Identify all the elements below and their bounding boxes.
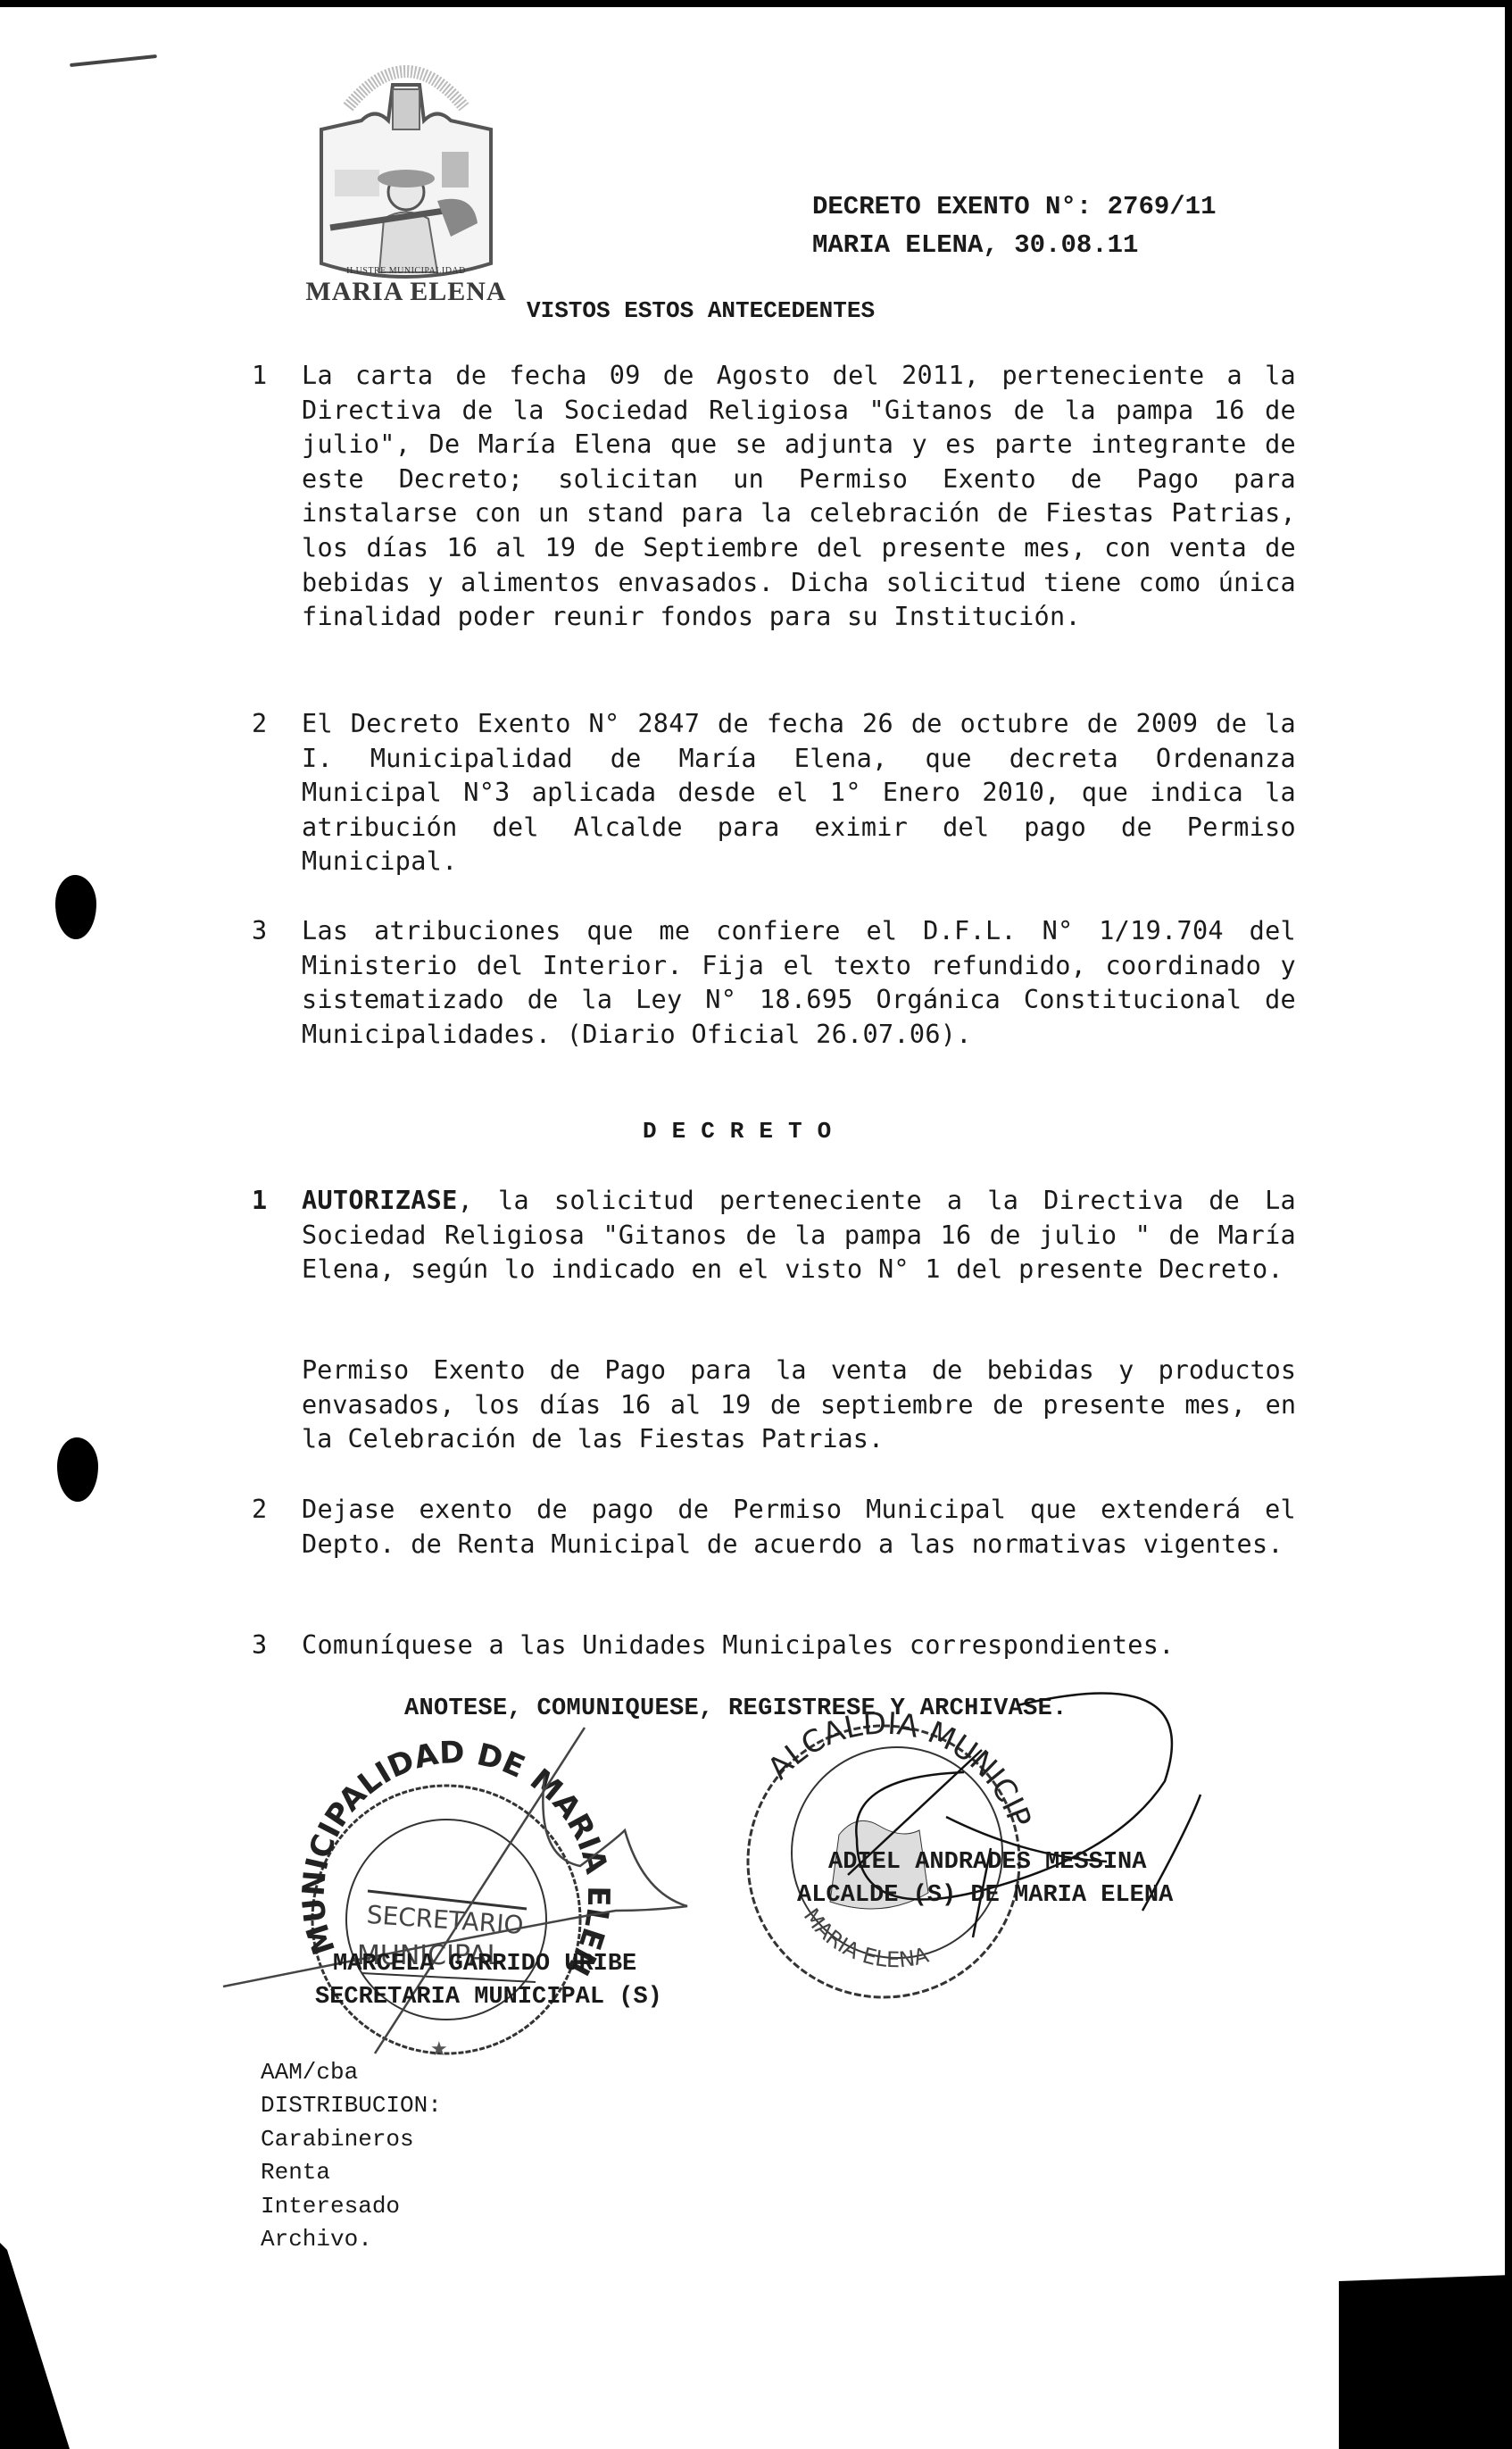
distribution-list: DISTRIBUCION: Carabineros Renta Interesa… — [261, 2089, 442, 2257]
visto-item: 3 Las atribuciones que me confiere el D.… — [252, 914, 1296, 1052]
decreto-text: Comuníquese a las Unidades Municipales c… — [302, 1629, 1296, 1663]
visto-text: Las atribuciones que me confiere el D.F.… — [302, 914, 1296, 1052]
closing-formula: ANOTESE, COMUNIQUESE, REGISTRESE Y ARCHI… — [404, 1695, 1068, 1722]
punch-hole — [57, 1437, 98, 1502]
visto-item: 2 El Decreto Exento N° 2847 de fecha 26 … — [252, 707, 1296, 879]
distribution-item: Archivo. — [261, 2223, 442, 2257]
decreto-number: 2 — [252, 1493, 287, 1528]
secretary-name: MARCELA GARRIDO URIBE — [333, 1951, 636, 1978]
vistos-title: VISTOS ESTOS ANTECEDENTES — [527, 297, 875, 324]
mayor-name: ADIEL ANDRADES MESSINA — [828, 1849, 1146, 1876]
mayor-role: ALCALDE (S) DE MARIA ELENA — [797, 1882, 1173, 1909]
decreto-text: AUTORIZASE, la solicitud perteneciente a… — [302, 1184, 1296, 1287]
decree-number: DECRETO EXENTO N°: 2769/11 — [812, 192, 1216, 221]
svg-text:MARIA ELENA: MARIA ELENA — [799, 1903, 932, 1972]
distribution-item: Renta — [261, 2156, 442, 2190]
decreto-text: Dejase exento de pago de Permiso Municip… — [302, 1493, 1296, 1562]
punch-hole — [55, 875, 96, 939]
decreto-bold-lead: AUTORIZASE — [302, 1186, 458, 1215]
typist-initials: AAM/cba — [261, 2056, 358, 2089]
decreto-title: DECRETO — [643, 1118, 846, 1145]
decreto-item: 2 Dejase exento de pago de Permiso Munic… — [252, 1493, 1296, 1562]
distribution-item: Interesado — [261, 2190, 442, 2224]
decreto-item: 1 AUTORIZASE, la solicitud perteneciente… — [252, 1184, 1296, 1287]
decreto-number: 3 — [252, 1629, 287, 1663]
secretary-role: SECRETARIA MUNICIPAL (S) — [315, 1984, 662, 2011]
visto-item: 1 La carta de fecha 09 de Agosto del 201… — [252, 359, 1296, 635]
distribution-label: DISTRIBUCION: — [261, 2089, 442, 2123]
visto-number: 3 — [252, 914, 287, 949]
decreto-item: 3 Comuníquese a las Unidades Municipales… — [252, 1629, 1296, 1663]
visto-number: 2 — [252, 707, 287, 742]
secretary-stamp — [312, 1786, 580, 2053]
scan-top-edge — [0, 0, 1512, 7]
distribution-item: Carabineros — [261, 2123, 442, 2157]
star-icon: ★ — [430, 2038, 448, 2061]
stray-pen-mark — [70, 54, 157, 67]
visto-text: La carta de fecha 09 de Agosto del 2011,… — [302, 359, 1296, 635]
decreto-number: 1 — [252, 1184, 287, 1219]
visto-number: 1 — [252, 359, 287, 394]
decreto-extra-paragraph: Permiso Exento de Pago para la venta de … — [302, 1354, 1296, 1457]
decree-place-date: MARIA ELENA, 30.08.11 — [812, 230, 1138, 260]
logo-subtitle: ILUSTRE MUNICIPALIDAD — [295, 266, 518, 276]
scan-right-edge — [1505, 0, 1512, 2449]
visto-text: El Decreto Exento N° 2847 de fecha 26 de… — [302, 707, 1296, 879]
svg-text:SECRETARIO: SECRETARIO — [366, 1900, 525, 1940]
logo-name: MARIA ELENA — [295, 277, 518, 307]
